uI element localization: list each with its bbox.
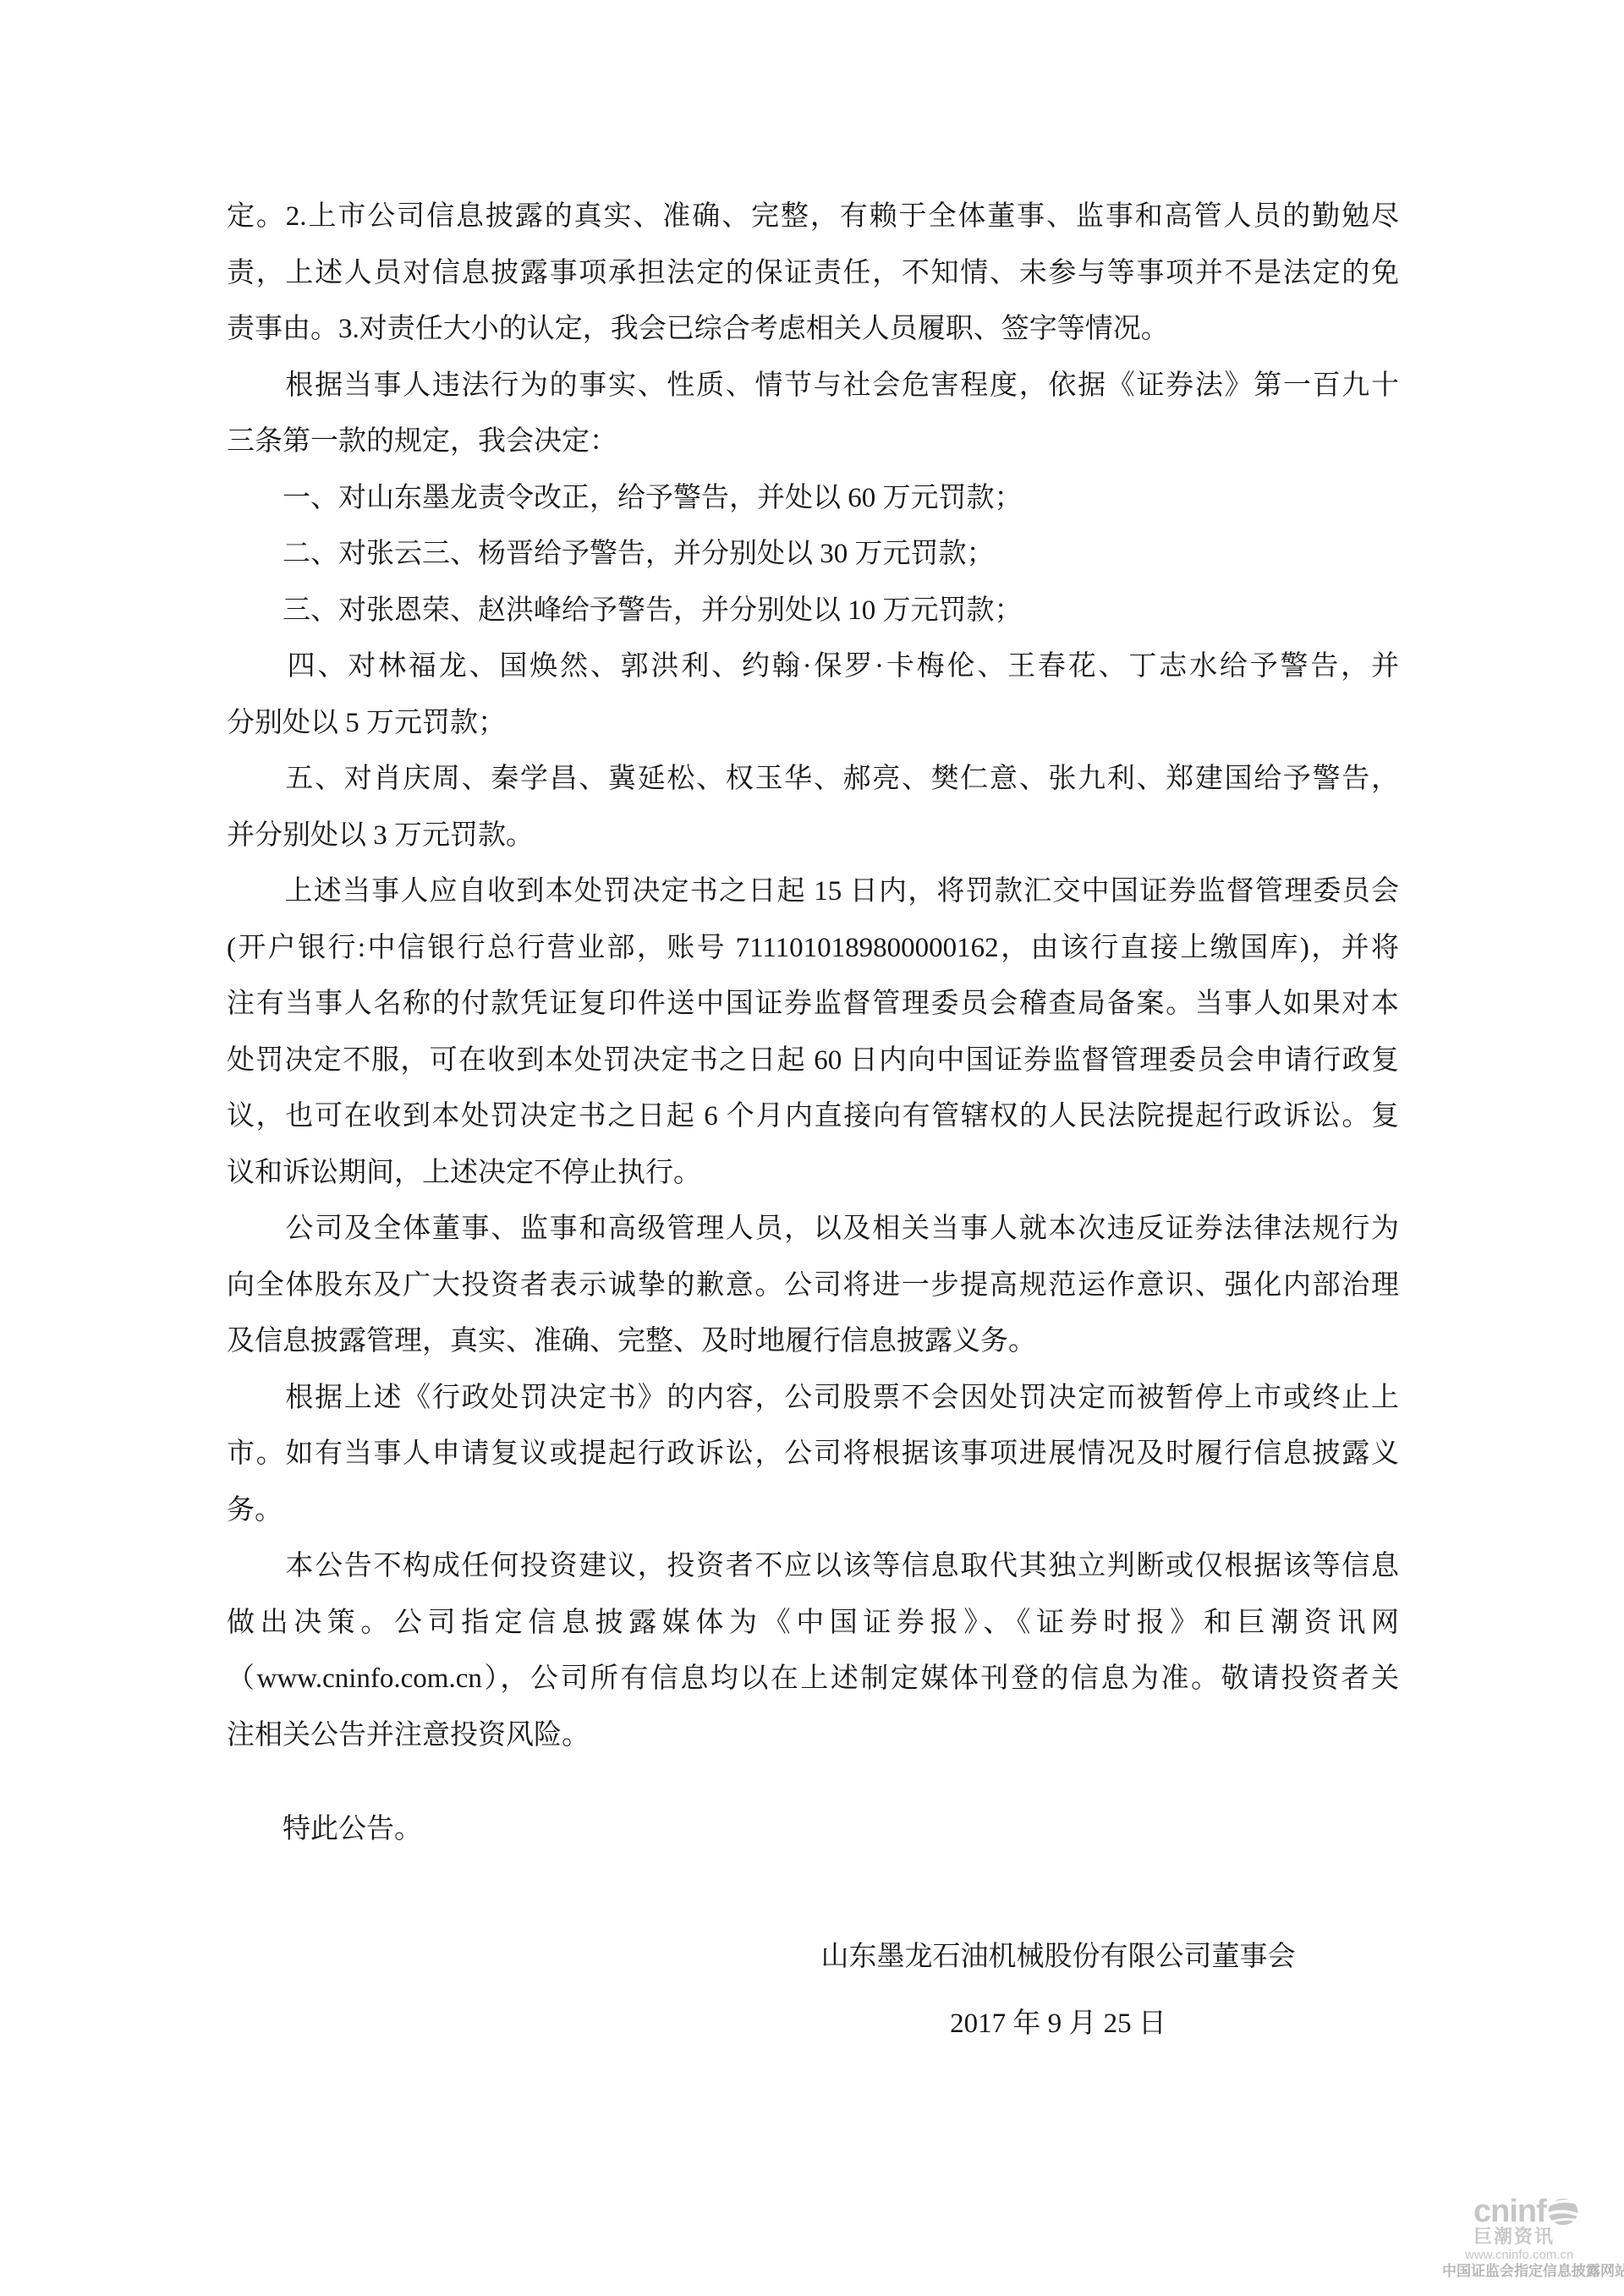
cninfo-logo: cninf: [1473, 2197, 1624, 2226]
cninfo-url-text: www.cninfo.com.cn: [1465, 2249, 1624, 2261]
paragraph: 根据上述《行政处罚决定书》的内容，公司股票不会因处罚决定而被暂停上市或终止上市。…: [227, 1370, 1399, 1539]
text-line: 市。如有当事人申请复议或提起行政诉讼，公司将根据该事项进展情况及时履行信息披露义: [227, 1426, 1399, 1482]
text-line: 并分别处以 3 万元罚款。: [227, 808, 1399, 864]
text-line: 三条第一款的规定，我会决定：: [227, 414, 1399, 470]
text-line: 三、对张恩荣、赵洪峰给予警告，并分别处以 10 万元罚款；: [227, 583, 1399, 639]
text-line: 及信息披露管理，真实、准确、完整、及时地履行信息披露义务。: [227, 1313, 1399, 1370]
cninfo-logo-text: cninf: [1473, 2197, 1546, 2226]
text-line: 二、对张云三、杨晋给予警告，并分别处以 30 万元罚款；: [227, 526, 1399, 583]
text-line: 责事由。3.对责任大小的认定，我会已综合考虑相关人员履职、签字等情况。: [227, 301, 1399, 358]
text-line: 公司及全体董事、监事和高级管理人员，以及相关当事人就本次违反证券法律法规行为: [227, 1201, 1399, 1258]
signature-line: 山东墨龙石油机械股份有限公司董事会: [472, 1929, 1624, 1986]
text-line: 根据当事人违法行为的事实、性质、情节与社会危害程度，依据《证券法》第一百九十: [227, 358, 1399, 414]
spacer: [227, 1763, 1399, 1801]
announcement-page: 定。2.上市公司信息披露的真实、准确、完整，有赖于全体董事、监事和高管人员的勤勉…: [0, 0, 1624, 2296]
text-line: （www.cninfo.com.cn），公司所有信息均以在上述制定媒体刊登的信息…: [227, 1651, 1399, 1707]
text-line: 责，上述人员对信息披露事项承担法定的保证责任，不知情、未参与等事项并不是法定的免: [227, 245, 1399, 302]
spacer: [227, 1985, 1399, 1996]
text-line: 本公告不构成任何投资建议，投资者不应以该等信息取代其独立判断或仅根据该等信息: [227, 1538, 1399, 1595]
paragraph: 五、对肖庆周、秦学昌、冀延松、权玉华、郝亮、樊仁意、张九利、郑建国给予警告，并分…: [227, 751, 1399, 863]
text-line: 向全体股东及广大投资者表示诚挚的歉意。公司将进一步提高规范运作意识、强化内部治理: [227, 1258, 1399, 1314]
paragraph: 公司及全体董事、监事和高级管理人员，以及相关当事人就本次违反证券法律法规行为向全…: [227, 1201, 1399, 1370]
paragraph: 根据当事人违法行为的事实、性质、情节与社会危害程度，依据《证券法》第一百九十三条…: [227, 358, 1399, 470]
text-line: 上述当事人应自收到本处罚决定书之日起 15 日内，将罚款汇交中国证券监督管理委员…: [227, 863, 1399, 920]
document-text: 定。2.上市公司信息披露的真实、准确、完整，有赖于全体董事、监事和高管人员的勤勉…: [227, 189, 1399, 2052]
text-line: 四、对林福龙、国焕然、郭洪利、约翰·保罗·卡梅伦、王春花、丁志水给予警告，并: [227, 638, 1399, 695]
text-line: (开户银行:中信银行总行营业部，账号 7111010189800000162，由…: [227, 920, 1399, 977]
text-line: 注有当事人名称的付款凭证复印件送中国证券监督管理委员会稽查局备案。当事人如果对本: [227, 976, 1399, 1033]
paragraph: 三、对张恩荣、赵洪峰给予警告，并分别处以 10 万元罚款；: [227, 583, 1399, 639]
text-line: 根据上述《行政处罚决定书》的内容，公司股票不会因处罚决定而被暂停上市或终止上: [227, 1370, 1399, 1427]
text-line: 一、对山东墨龙责令改正，给予警告，并处以 60 万元罚款；: [227, 470, 1399, 527]
text-line: 做出决策。公司指定信息披露媒体为《中国证券报》、《证券时报》和巨潮资讯网: [227, 1595, 1399, 1652]
text-line: 务。: [227, 1482, 1399, 1539]
date-line: 2017 年 9 月 25 日: [472, 1996, 1624, 2052]
paragraph: 二、对张云三、杨晋给予警告，并分别处以 30 万元罚款；: [227, 526, 1399, 583]
document-body: 定。2.上市公司信息披露的真实、准确、完整，有赖于全体董事、监事和高管人员的勤勉…: [227, 189, 1399, 1763]
text-line: 五、对肖庆周、秦学昌、冀延松、权玉华、郝亮、樊仁意、张九利、郑建国给予警告，: [227, 751, 1399, 808]
paragraph: 四、对林福龙、国焕然、郭洪利、约翰·保罗·卡梅伦、王春花、丁志水给予警告，并分别…: [227, 638, 1399, 751]
paragraph: 本公告不构成任何投资建议，投资者不应以该等信息取代其独立判断或仅根据该等信息做出…: [227, 1538, 1399, 1763]
paragraph: 上述当事人应自收到本处罚决定书之日起 15 日内，将罚款汇交中国证券监督管理委员…: [227, 863, 1399, 1201]
text-line: 议和诉讼期间，上述决定不停止执行。: [227, 1145, 1399, 1202]
cninfo-watermark: cninf 巨潮资讯 www.cninfo.com.cn 中国证监会指定信息披露…: [1442, 2197, 1624, 2279]
cninfo-brand-text: 巨潮资讯: [1473, 2228, 1624, 2246]
cninfo-tagline-text: 中国证监会指定信息披露网站: [1442, 2263, 1624, 2279]
paragraph: 一、对山东墨龙责令改正，给予警告，并处以 60 万元罚款；: [227, 470, 1399, 527]
closing-line: 特此公告。: [227, 1801, 1399, 1858]
paragraph: 定。2.上市公司信息披露的真实、准确、完整，有赖于全体董事、监事和高管人员的勤勉…: [227, 189, 1399, 358]
text-line: 处罚决定不服，可在收到本处罚决定书之日起 60 日内向中国证券监督管理委员会申请…: [227, 1033, 1399, 1089]
spacer: [227, 1858, 1399, 1929]
text-line: 定。2.上市公司信息披露的真实、准确、完整，有赖于全体董事、监事和高管人员的勤勉…: [227, 189, 1399, 245]
text-line: 注相关公告并注意投资风险。: [227, 1707, 1399, 1764]
cninfo-swirl-icon: [1547, 2198, 1579, 2226]
text-line: 议，也可在收到本处罚决定书之日起 6 个月内直接向有管辖权的人民法院提起行政诉讼…: [227, 1088, 1399, 1145]
text-line: 分别处以 5 万元罚款；: [227, 695, 1399, 752]
